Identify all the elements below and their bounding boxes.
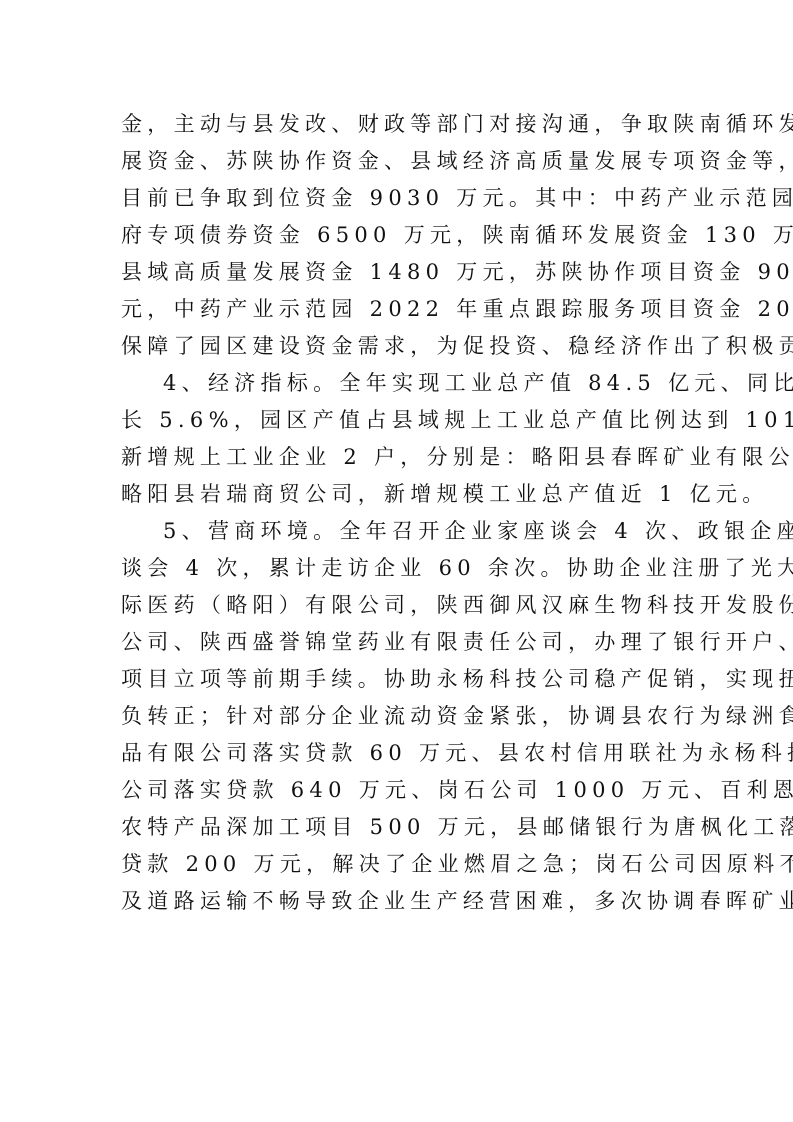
text-line: 保障了园区建设资金需求，为促投资、稳经济作出了积极贡献。 (121, 328, 677, 365)
text-line: 农特产品深加工项目 500 万元，县邮储银行为唐枫化工落实 (121, 809, 677, 846)
document-page: 金，主动与县发改、财政等部门对接沟通，争取陕南循环发 展资金、苏陕协作资金、县域… (121, 106, 677, 920)
text-line: 展资金、苏陕协作资金、县域经济高质量发展专项资金等， (121, 143, 677, 180)
text-line: 县域高质量发展资金 1480 万元，苏陕协作项目资金 900 万 (121, 254, 677, 291)
text-line: 际医药（略阳）有限公司，陕西御风汉麻生物科技开发股份 (121, 587, 677, 624)
text-line: 谈会 4 次，累计走访企业 60 余次。协助企业注册了光大国 (121, 550, 677, 587)
text-line: 项目立项等前期手续。协助永杨科技公司稳产促销，实现扭 (121, 661, 677, 698)
paragraph-funding-continuation: 金，主动与县发改、财政等部门对接沟通，争取陕南循环发 展资金、苏陕协作资金、县域… (121, 106, 677, 365)
text-line: 公司落实贷款 640 万元、岗石公司 1000 万元、百利恩公司 (121, 772, 677, 809)
text-line: 公司、陕西盛誉锦堂药业有限责任公司，办理了银行开户、 (121, 624, 677, 661)
paragraph-business-environment: 5、营商环境。全年召开企业家座谈会 4 次、政银企座 谈会 4 次，累计走访企业… (121, 513, 677, 920)
text-line: 贷款 200 万元，解决了企业燃眉之急；岗石公司因原料不足 (121, 846, 677, 883)
paragraph-economic-indicators: 4、经济指标。全年实现工业总产值 84.5 亿元、同比增 长 5.6%，园区产值… (121, 365, 677, 513)
text-line: 品有限公司落实贷款 60 万元、县农村信用联社为永杨科技 (121, 735, 677, 772)
text-line-indented: 4、经济指标。全年实现工业总产值 84.5 亿元、同比增 (121, 365, 677, 402)
text-line: 略阳县岩瑞商贸公司，新增规模工业总产值近 1 亿元。 (121, 476, 677, 513)
text-line: 府专项债券资金 6500 万元，陕南循环发展资金 130 万元、 (121, 217, 677, 254)
text-line: 长 5.6%，园区产值占县域规上工业总产值比例达到 101%。 (121, 402, 677, 439)
text-line: 金，主动与县发改、财政等部门对接沟通，争取陕南循环发 (121, 106, 677, 143)
text-line: 元，中药产业示范园 2022 年重点跟踪服务项目资金 20 万元， (121, 291, 677, 328)
text-line: 目前已争取到位资金 9030 万元。其中：中药产业示范园政 (121, 180, 677, 217)
text-line: 新增规上工业企业 2 户，分别是：略阳县春晖矿业有限公司、 (121, 439, 677, 476)
text-line: 及道路运输不畅导致企业生产经营困难，多次协调春晖矿业 (121, 883, 677, 920)
text-line: 负转正；针对部分企业流动资金紧张，协调县农行为绿洲食 (121, 698, 677, 735)
text-line-indented: 5、营商环境。全年召开企业家座谈会 4 次、政银企座 (121, 513, 677, 550)
